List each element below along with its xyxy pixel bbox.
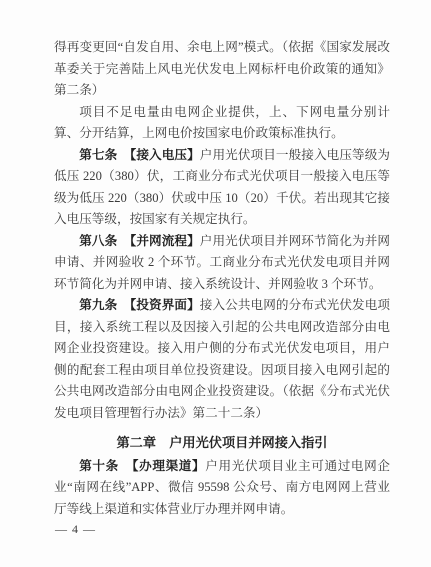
text-segment: 得再变更回“自发自用、余电上网”模式。（依据《国家发展改革委关于完善陆上风电光伏… bbox=[54, 40, 390, 97]
bold-text-segment: 第十条 【办理渠道】 bbox=[79, 459, 205, 473]
bold-text-segment: 第二章 户用光伏项目并网接入指引 bbox=[117, 435, 328, 450]
document-page: 得再变更回“自发自用、余电上网”模式。（依据《国家发展改革委关于完善陆上风电光伏… bbox=[0, 0, 431, 567]
bold-text-segment: 第九条 【投资界面】 bbox=[79, 298, 200, 312]
document-content: 得再变更回“自发自用、余电上网”模式。（依据《国家发展改革委关于完善陆上风电光伏… bbox=[54, 37, 390, 520]
bold-text-segment: 第七条 【接入电压】 bbox=[79, 148, 200, 162]
page-number: — 4 — bbox=[55, 522, 96, 537]
paragraph-3: 第八条 【并网流程】户用光伏项目并网环节简化为并网申请、并网验收 2 个环节。工… bbox=[54, 231, 390, 296]
chapter-heading: 第二章 户用光伏项目并网接入指引 bbox=[54, 432, 390, 454]
paragraph-0: 得再变更回“自发自用、余电上网”模式。（依据《国家发展改革委关于完善陆上风电光伏… bbox=[54, 37, 390, 102]
text-segment: 项目不足电量由电网企业提供，上、下网电量分别计算、分开结算，上网电价按国家电价政… bbox=[54, 105, 390, 141]
paragraph-1: 项目不足电量由电网企业提供，上、下网电量分别计算、分开结算，上网电价按国家电价政… bbox=[54, 102, 390, 145]
paragraph-4: 第九条 【投资界面】接入公共电网的分布式光伏发电项目，接入系统工程以及因接入引起… bbox=[54, 295, 390, 424]
paragraph-6: 第十条 【办理渠道】户用光伏项目业主可通过电网企业“南网在线”APP、微信 95… bbox=[54, 456, 390, 521]
paragraph-2: 第七条 【接入电压】户用光伏项目一般接入电压等级为低压 220（380）伏，工商… bbox=[54, 145, 390, 231]
bold-text-segment: 第八条 【并网流程】 bbox=[79, 234, 200, 248]
text-segment: 接入公共电网的分布式光伏发电项目，接入系统工程以及因接入引起的公共电网改造部分由… bbox=[54, 298, 390, 420]
